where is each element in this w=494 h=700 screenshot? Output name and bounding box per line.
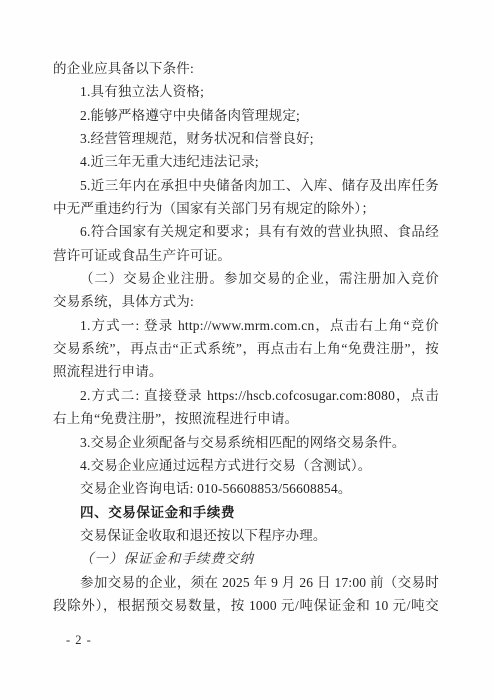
text-line: 4.交易企业应通过远程方式进行交易（含测试）。 — [53, 454, 439, 477]
text-line: 交易系统，具体方式为: — [53, 290, 439, 313]
text-line: 中无严重违约行为（国家有关部门另有规定的除外）； — [53, 197, 439, 220]
sub-heading: （一）保证金和手续费交纳 — [53, 547, 439, 570]
text-line: 营许可证或食品生产许可证。 — [53, 244, 439, 267]
text-line: 1.方式一: 登录 http://www.mrm.com.cn，点击右上角“竞价 — [53, 314, 439, 337]
text-line: 4.近三年无重大违纪违法记录; — [53, 150, 439, 173]
text-line: 交易系统”，再点击“正式系统”，再点击右上角“免费注册”，按 — [53, 337, 439, 360]
document-page: 的企业应具备以下条件:1.具有独立法人资格;2.能够严格遵守中央储备肉管理规定;… — [0, 0, 494, 700]
text-line: 1.具有独立法人资格; — [53, 80, 439, 103]
text-line: 2.方式二: 直接登录 https://hscb.cofcosugar.com:… — [53, 384, 439, 407]
text-line: 6.符合国家有关规定和要求；具有有效的营业执照、食品经 — [53, 220, 439, 243]
text-line: 3.经营管理规范，财务状况和信誉良好; — [53, 127, 439, 150]
page-number: - 2 - — [66, 631, 92, 649]
document-body: 的企业应具备以下条件:1.具有独立法人资格;2.能够严格遵守中央储备肉管理规定;… — [53, 57, 439, 617]
text-line: 5.近三年内在承担中央储备肉加工、入库、储存及出库任务 — [53, 174, 439, 197]
text-line: 交易保证金收取和退还按以下程序办理。 — [53, 524, 439, 547]
text-line: 段除外），根据预交易数量，按 1000 元/吨保证金和 10 元/吨交 — [53, 594, 439, 617]
text-line: 参加交易的企业，须在 2025 年 9 月 26 日 17:00 前（交易时 — [53, 571, 439, 594]
section-heading: 四、交易保证金和手续费 — [53, 501, 439, 524]
text-line: 交易企业咨询电话: 010-56608853/56608854。 — [53, 477, 439, 500]
text-line: 3.交易企业须配备与交易系统相匹配的网络交易条件。 — [53, 431, 439, 454]
text-line: 右上角“免费注册”，按照流程进行申请。 — [53, 407, 439, 430]
text-line: （二）交易企业注册。参加交易的企业，需注册加入竞价 — [53, 267, 439, 290]
text-line: 的企业应具备以下条件: — [53, 57, 439, 80]
text-line: 2.能够严格遵守中央储备肉管理规定; — [53, 104, 439, 127]
text-line: 照流程进行申请。 — [53, 360, 439, 383]
